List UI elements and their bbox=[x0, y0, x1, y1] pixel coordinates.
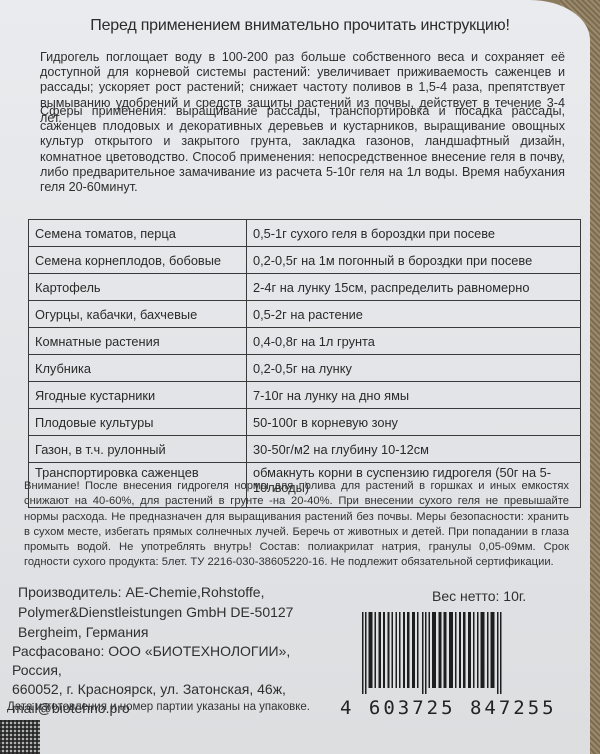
crop-cell: Комнатные растения bbox=[29, 328, 247, 355]
dosage-table: Семена томатов, перца0,5-1г сухого геля … bbox=[28, 219, 581, 508]
table-row: Семена томатов, перца0,5-1г сухого геля … bbox=[29, 220, 581, 247]
manufacturer-line: Polymer&Dienstleistungen GmbH DE-50127 bbox=[18, 602, 318, 622]
packer-line: Расфасовано: ООО «БИОТЕХНОЛОГИИ», Россия… bbox=[12, 642, 332, 680]
packer-line: 660052, г. Красноярск, ул. Затонская, 46… bbox=[12, 680, 332, 699]
manufacturer-line: Bergheim, Германия bbox=[18, 622, 318, 642]
dose-cell: 0,4-0,8г на 1л грунта bbox=[247, 328, 581, 355]
barcode-icon bbox=[360, 612, 560, 694]
table-row: Плодовые культуры50-100г в корневую зону bbox=[29, 409, 581, 436]
product-label: Перед применением внимательно прочитать … bbox=[0, 0, 590, 754]
crop-cell: Семена томатов, перца bbox=[29, 220, 247, 247]
crop-cell: Огурцы, кабачки, бахчевые bbox=[29, 301, 247, 328]
manufacturer-line: Производитель: AE-Chemie,Rohstoffe, bbox=[18, 582, 318, 602]
dose-cell: 30-50г/м2 на глубину 10-12см bbox=[247, 436, 581, 463]
crop-cell: Ягодные кустарники bbox=[29, 382, 247, 409]
dose-cell: 50-100г в корневую зону bbox=[247, 409, 581, 436]
table-row: Комнатные растения0,4-0,8г на 1л грунта bbox=[29, 328, 581, 355]
dose-cell: 7-10г на лунку на дно ямы bbox=[247, 382, 581, 409]
crop-cell: Плодовые культуры bbox=[29, 409, 247, 436]
crop-cell: Клубника bbox=[29, 355, 247, 382]
table-row: Газон, в т.ч. рулонный30-50г/м2 на глуби… bbox=[29, 436, 581, 463]
crop-cell: Картофель bbox=[29, 274, 247, 301]
dose-cell: 2-4г на лунку 15см, распределить равноме… bbox=[247, 274, 581, 301]
dose-cell: 0,2-0,5г на 1м погонный в бороздки при п… bbox=[247, 247, 581, 274]
crop-cell: Газон, в т.ч. рулонный bbox=[29, 436, 247, 463]
barcode-digits: 4 603725 847255 bbox=[340, 697, 557, 719]
crop-cell: Семена корнеплодов, бобовые bbox=[29, 247, 247, 274]
warning-paragraph: Внимание! После внесения гидрогеля нормы… bbox=[24, 479, 569, 571]
dose-cell: 0,5-2г на растение bbox=[247, 301, 581, 328]
label-title: Перед применением внимательно прочитать … bbox=[0, 17, 600, 35]
qr-code-fragment-icon bbox=[0, 720, 40, 754]
table-row: Семена корнеплодов, бобовые0,2-0,5г на 1… bbox=[29, 247, 581, 274]
dose-cell: 0,2-0,5г на лунку bbox=[247, 355, 581, 382]
dose-cell: 0,5-1г сухого геля в бороздки при посеве bbox=[247, 220, 581, 247]
table-row: Ягодные кустарники7-10г на лунку на дно … bbox=[29, 382, 581, 409]
manufacturer-info: Производитель: AE-Chemie,Rohstoffe, Poly… bbox=[18, 582, 318, 642]
net-weight: Вес нетто: 10г. bbox=[432, 588, 526, 604]
usage-paragraph: Сферы применения: выращивание рассады, т… bbox=[40, 104, 565, 195]
date-note: Дата изготовления и номер партии указаны… bbox=[7, 701, 310, 713]
table-row: Клубника0,2-0,5г на лунку bbox=[29, 355, 581, 382]
table-row: Картофель2-4г на лунку 15см, распределит… bbox=[29, 274, 581, 301]
table-row: Огурцы, кабачки, бахчевые0,5-2г на расте… bbox=[29, 301, 581, 328]
